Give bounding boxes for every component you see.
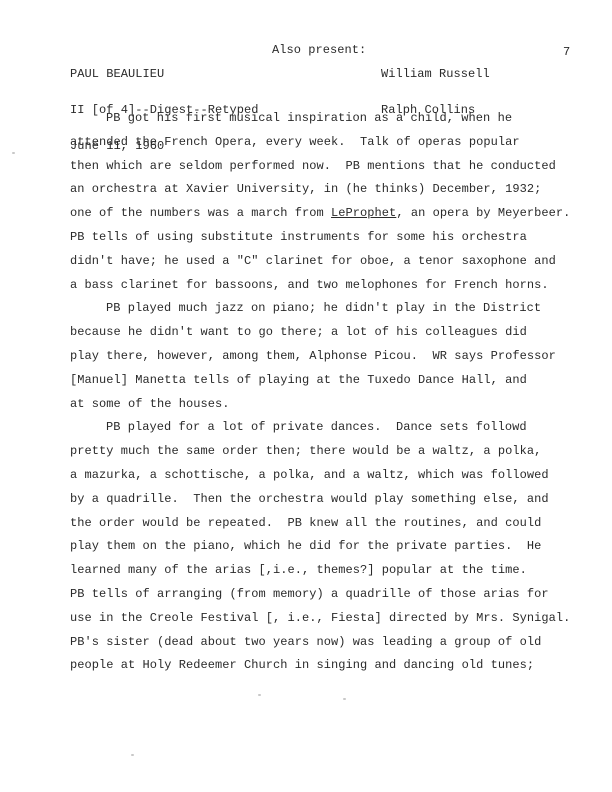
text-line: didn't have; he used a "C" clarinet for …	[70, 250, 590, 274]
text-line: people at Holy Redeemer Church in singin…	[70, 654, 590, 678]
text-line: use in the Creole Festival [, i.e., Fies…	[70, 607, 590, 631]
text-line: PB's sister (dead about two years now) w…	[70, 631, 590, 655]
text-line: learned many of the arias [,i.e., themes…	[70, 559, 590, 583]
text-line: then which are seldom performed now. PB …	[70, 155, 590, 179]
text-line: PB played for a lot of private dances. D…	[70, 416, 590, 440]
text-line: by a quadrille. Then the orchestra would…	[70, 488, 590, 512]
interview-subject: PAUL BEAULIEU	[70, 68, 259, 80]
text-line: PB played much jazz on piano; he didn't …	[70, 297, 590, 321]
text-line: a bass clarinet for bassoons, and two me…	[70, 274, 590, 298]
scan-speck	[343, 698, 346, 700]
text-line: PB got his first musical inspiration as …	[70, 107, 590, 131]
also-present-label: Also present:	[272, 44, 366, 56]
text-line: because he didn't want to go there; a lo…	[70, 321, 590, 345]
opera-title-underlined: LeProphet	[331, 206, 396, 220]
text-line: a mazurka, a schottische, a polka, and a…	[70, 464, 590, 488]
text-line: attended the French Opera, every week. T…	[70, 131, 590, 155]
text-line: PB tells of using substitute instruments…	[70, 226, 590, 250]
scan-speck	[131, 754, 134, 756]
document-body: PB got his first musical inspiration as …	[70, 107, 590, 678]
attendee-name: William Russell	[381, 68, 490, 80]
text-line: at some of the houses.	[70, 393, 590, 417]
text-line: play them on the piano, which he did for…	[70, 535, 590, 559]
scan-speck	[258, 694, 261, 696]
text-line: pretty much the same order then; there w…	[70, 440, 590, 464]
document-page: PAUL BEAULIEU II [of 4]--Digest--Retyped…	[0, 0, 612, 792]
text-line: PB tells of arranging (from memory) a qu…	[70, 583, 590, 607]
text-line: the order would be repeated. PB knew all…	[70, 512, 590, 536]
page-number: 7	[563, 46, 570, 58]
text-fragment: , an opera by Meyerbeer.	[396, 206, 570, 220]
text-fragment: one of the numbers was a march from	[70, 206, 331, 220]
text-line: play there, however, among them, Alphons…	[70, 345, 590, 369]
text-line: [Manuel] Manetta tells of playing at the…	[70, 369, 590, 393]
text-line: one of the numbers was a march from LePr…	[70, 202, 590, 226]
scan-speck	[12, 152, 15, 154]
text-line: an orchestra at Xavier University, in (h…	[70, 178, 590, 202]
